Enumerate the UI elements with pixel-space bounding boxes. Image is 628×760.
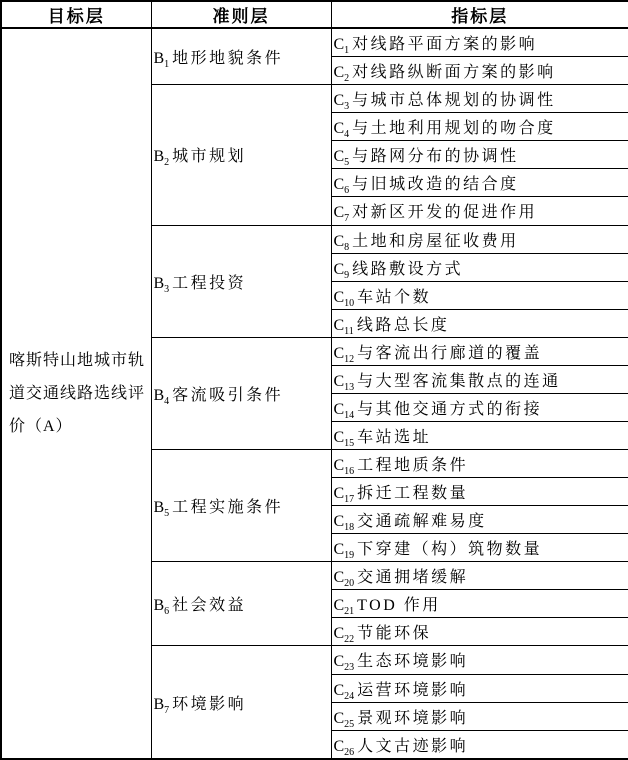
indicator-id: C12 [334,345,355,362]
indicator-label: 工程地质条件 [357,457,468,474]
indicator-id: C1 [334,36,350,53]
indicator-cell-c10: C10车站个数 [331,281,628,309]
indicator-id-sub: 2 [344,73,349,84]
indicator-id-sub: 16 [344,466,354,477]
indicator-id-sub: 22 [344,635,354,646]
indicator-cell-c18: C18交通疏解难易度 [331,506,628,534]
indicator-id: C10 [334,289,355,306]
indicator-id: C7 [334,204,350,221]
indicator-label: 生态环境影响 [357,653,468,670]
indicator-id-letter: C [334,513,345,530]
indicator-id-letter: C [334,64,345,81]
indicator-id-sub: 23 [344,663,354,674]
indicator-id-sub: 18 [344,522,354,533]
indicator-cell-c5: C5与路网分布的协调性 [331,141,628,169]
indicator-id: C24 [334,682,355,699]
indicator-cell-c26: C26人文古迹影响 [331,730,628,759]
indicator-id-sub: 13 [344,382,354,393]
indicator-id: C23 [334,653,355,670]
indicator-id: C22 [334,625,355,642]
indicator-id: C9 [334,261,350,278]
indicator-id: C2 [334,64,350,81]
indicator-id-letter: C [334,710,345,727]
indicator-id-letter: C [334,148,345,165]
indicator-id-sub: 17 [344,494,354,505]
indicator-label: 线路敷设方式 [352,261,463,278]
indicator-id-letter: C [334,373,345,390]
indicator-id: C5 [334,148,350,165]
indicator-id: C11 [334,317,354,334]
indicator-id-letter: C [334,204,345,221]
indicator-id-sub: 20 [344,578,354,589]
criteria-cell-b5: B5工程实施条件 [151,450,331,562]
criteria-id-letter: B [154,696,165,713]
criteria-cell-b1: B1地形地貌条件 [151,28,331,85]
indicator-cell-c19: C19下穿建（构）筑物数量 [331,534,628,562]
indicator-cell-c9: C9线路敷设方式 [331,253,628,281]
column-header-criteria: 准则层 [151,1,331,28]
criteria-id: B5 [154,499,170,516]
indicator-id-letter: C [334,36,345,53]
criteria-id-letter: B [154,499,165,516]
criteria-id-letter: B [154,275,165,292]
indicator-id: C18 [334,513,355,530]
indicator-id-letter: C [334,233,345,250]
indicator-id: C4 [334,120,350,137]
criteria-cell-b6: B6社会效益 [151,562,331,646]
indicator-id: C3 [334,92,350,109]
indicator-cell-c6: C6与旧城改造的结合度 [331,169,628,197]
indicator-id-letter: C [334,92,345,109]
indicator-id: C20 [334,569,355,586]
criteria-id-sub: 7 [164,705,169,716]
indicator-id-letter: C [334,261,345,278]
indicator-label: 与客流出行廊道的覆盖 [357,345,542,362]
criteria-id-sub: 3 [164,284,169,295]
indicator-label: 景观环境影响 [357,710,468,727]
criteria-id-letter: B [154,148,165,165]
ahp-table: 目标层 准则层 指标层 喀斯特山地城市轨道交通线路选线评价（A） B1地形地貌条… [0,0,628,760]
indicator-id-letter: C [334,176,345,193]
indicator-id-sub: 21 [344,607,354,618]
indicator-id-letter: C [334,317,345,334]
indicator-cell-c22: C22节能环保 [331,618,628,646]
criteria-label: 工程实施条件 [172,499,283,516]
indicator-id-letter: C [334,597,345,614]
indicator-id: C17 [334,485,355,502]
indicator-id-letter: C [334,625,345,642]
indicator-id-letter: C [334,653,345,670]
indicator-cell-c12: C12与客流出行廊道的覆盖 [331,337,628,365]
indicator-id-letter: C [334,289,345,306]
header-row: 目标层 准则层 指标层 [1,1,628,28]
criteria-cell-b2: B2城市规划 [151,85,331,225]
criteria-id: B6 [154,597,170,614]
criteria-cell-b7: B7环境影响 [151,646,331,759]
indicator-id: C16 [334,457,355,474]
indicator-id: C26 [334,738,355,755]
ahp-hierarchy-table-page: 目标层 准则层 指标层 喀斯特山地城市轨道交通线路选线评价（A） B1地形地貌条… [0,0,628,760]
criteria-id: B4 [154,387,170,404]
criteria-cell-b4: B4客流吸引条件 [151,337,331,449]
indicator-id-sub: 19 [344,550,354,561]
indicator-cell-c16: C16工程地质条件 [331,450,628,478]
indicator-id-sub: 4 [344,129,349,140]
criteria-id-sub: 1 [164,59,169,70]
criteria-label: 城市规划 [172,148,246,165]
indicator-cell-c3: C3与城市总体规划的协调性 [331,85,628,113]
indicator-cell-c15: C15车站选址 [331,421,628,449]
criteria-cell-b3: B3工程投资 [151,225,331,337]
indicator-id-sub: 25 [344,719,354,730]
indicator-id-letter: C [334,738,345,755]
indicator-id: C21 [334,597,355,614]
indicator-id-sub: 11 [344,326,354,337]
indicator-id: C14 [334,401,355,418]
goal-cell: 喀斯特山地城市轨道交通线路选线评价（A） [1,28,151,759]
criteria-label: 客流吸引条件 [172,387,283,404]
indicator-label: 与土地利用规划的吻合度 [352,120,556,137]
indicator-id-letter: C [334,569,345,586]
criteria-id-sub: 4 [164,396,169,407]
indicator-cell-c20: C20交通拥堵缓解 [331,562,628,590]
criteria-label: 工程投资 [172,275,246,292]
indicator-cell-c17: C17拆迁工程数量 [331,478,628,506]
indicator-label: 与城市总体规划的协调性 [352,92,556,109]
indicator-label: 对线路平面方案的影响 [352,36,537,53]
criteria-id: B1 [154,50,170,67]
indicator-id-sub: 26 [344,747,354,758]
criteria-id: B2 [154,148,170,165]
indicator-cell-c11: C11线路总长度 [331,309,628,337]
indicator-id: C6 [334,176,350,193]
indicator-label: 节能环保 [357,625,431,642]
table-row: 喀斯特山地城市轨道交通线路选线评价（A） B1地形地貌条件 C1对线路平面方案的… [1,28,628,57]
column-header-indicator: 指标层 [331,1,628,28]
indicator-id-sub: 14 [344,410,354,421]
indicator-id-sub: 5 [344,158,349,169]
indicator-cell-c8: C8土地和房屋征收费用 [331,225,628,253]
indicator-id-sub: 10 [344,298,354,309]
indicator-id-sub: 1 [344,45,349,56]
indicator-id-sub: 6 [344,186,349,197]
indicator-id-letter: C [334,120,345,137]
indicator-cell-c7: C7对新区开发的促进作用 [331,197,628,225]
indicator-id: C15 [334,429,355,446]
criteria-id-sub: 2 [164,158,169,169]
indicator-id: C8 [334,233,350,250]
indicator-label: 与大型客流集散点的连通 [357,373,561,390]
indicator-label: 下穿建（构）筑物数量 [357,541,542,558]
indicator-cell-c24: C24运营环境影响 [331,674,628,702]
indicator-id-letter: C [334,401,345,418]
indicator-label: TOD 作用 [357,597,441,614]
indicator-label: 对新区开发的促进作用 [352,204,537,221]
indicator-label: 对线路纵断面方案的影响 [352,64,556,81]
criteria-label: 社会效益 [172,597,246,614]
criteria-id-sub: 6 [164,607,169,618]
indicator-label: 与其他交通方式的衔接 [357,401,542,418]
indicator-cell-c1: C1对线路平面方案的影响 [331,28,628,57]
indicator-label: 交通疏解难易度 [357,513,487,530]
indicator-id-letter: C [334,345,345,362]
criteria-id: B7 [154,696,170,713]
indicator-label: 车站选址 [357,429,431,446]
indicator-id: C25 [334,710,355,727]
indicator-label: 与旧城改造的结合度 [352,176,519,193]
indicator-cell-c2: C2对线路纵断面方案的影响 [331,57,628,85]
criteria-label: 地形地貌条件 [172,50,283,67]
indicator-id-sub: 9 [344,270,349,281]
criteria-id-letter: B [154,50,165,67]
indicator-id-sub: 8 [344,242,349,253]
criteria-id-letter: B [154,597,165,614]
indicator-id-letter: C [334,457,345,474]
indicator-label: 土地和房屋征收费用 [352,233,519,250]
indicator-cell-c21: C21TOD 作用 [331,590,628,618]
indicator-id-letter: C [334,682,345,699]
column-header-goal: 目标层 [1,1,151,28]
indicator-cell-c13: C13与大型客流集散点的连通 [331,365,628,393]
indicator-id-sub: 15 [344,438,354,449]
criteria-id: B3 [154,275,170,292]
indicator-cell-c25: C25景观环境影响 [331,702,628,730]
indicator-cell-c23: C23生态环境影响 [331,646,628,674]
indicator-label: 人文古迹影响 [357,738,468,755]
indicator-id-sub: 7 [344,214,349,225]
indicator-cell-c4: C4与土地利用规划的吻合度 [331,113,628,141]
indicator-id-sub: 24 [344,691,354,702]
criteria-label: 环境影响 [172,696,246,713]
indicator-label: 交通拥堵缓解 [357,569,468,586]
indicator-id-sub: 3 [344,101,349,112]
indicator-label: 运营环境影响 [357,682,468,699]
indicator-id-letter: C [334,429,345,446]
criteria-id-sub: 5 [164,508,169,519]
indicator-label: 车站个数 [357,289,431,306]
indicator-label: 拆迁工程数量 [357,485,468,502]
indicator-label: 与路网分布的协调性 [352,148,519,165]
indicator-id-sub: 12 [344,354,354,365]
indicator-label: 线路总长度 [357,317,450,334]
indicator-id-letter: C [334,541,345,558]
indicator-id-letter: C [334,485,345,502]
criteria-id-letter: B [154,387,165,404]
indicator-cell-c14: C14与其他交通方式的衔接 [331,393,628,421]
indicator-id: C19 [334,541,355,558]
indicator-id: C13 [334,373,355,390]
